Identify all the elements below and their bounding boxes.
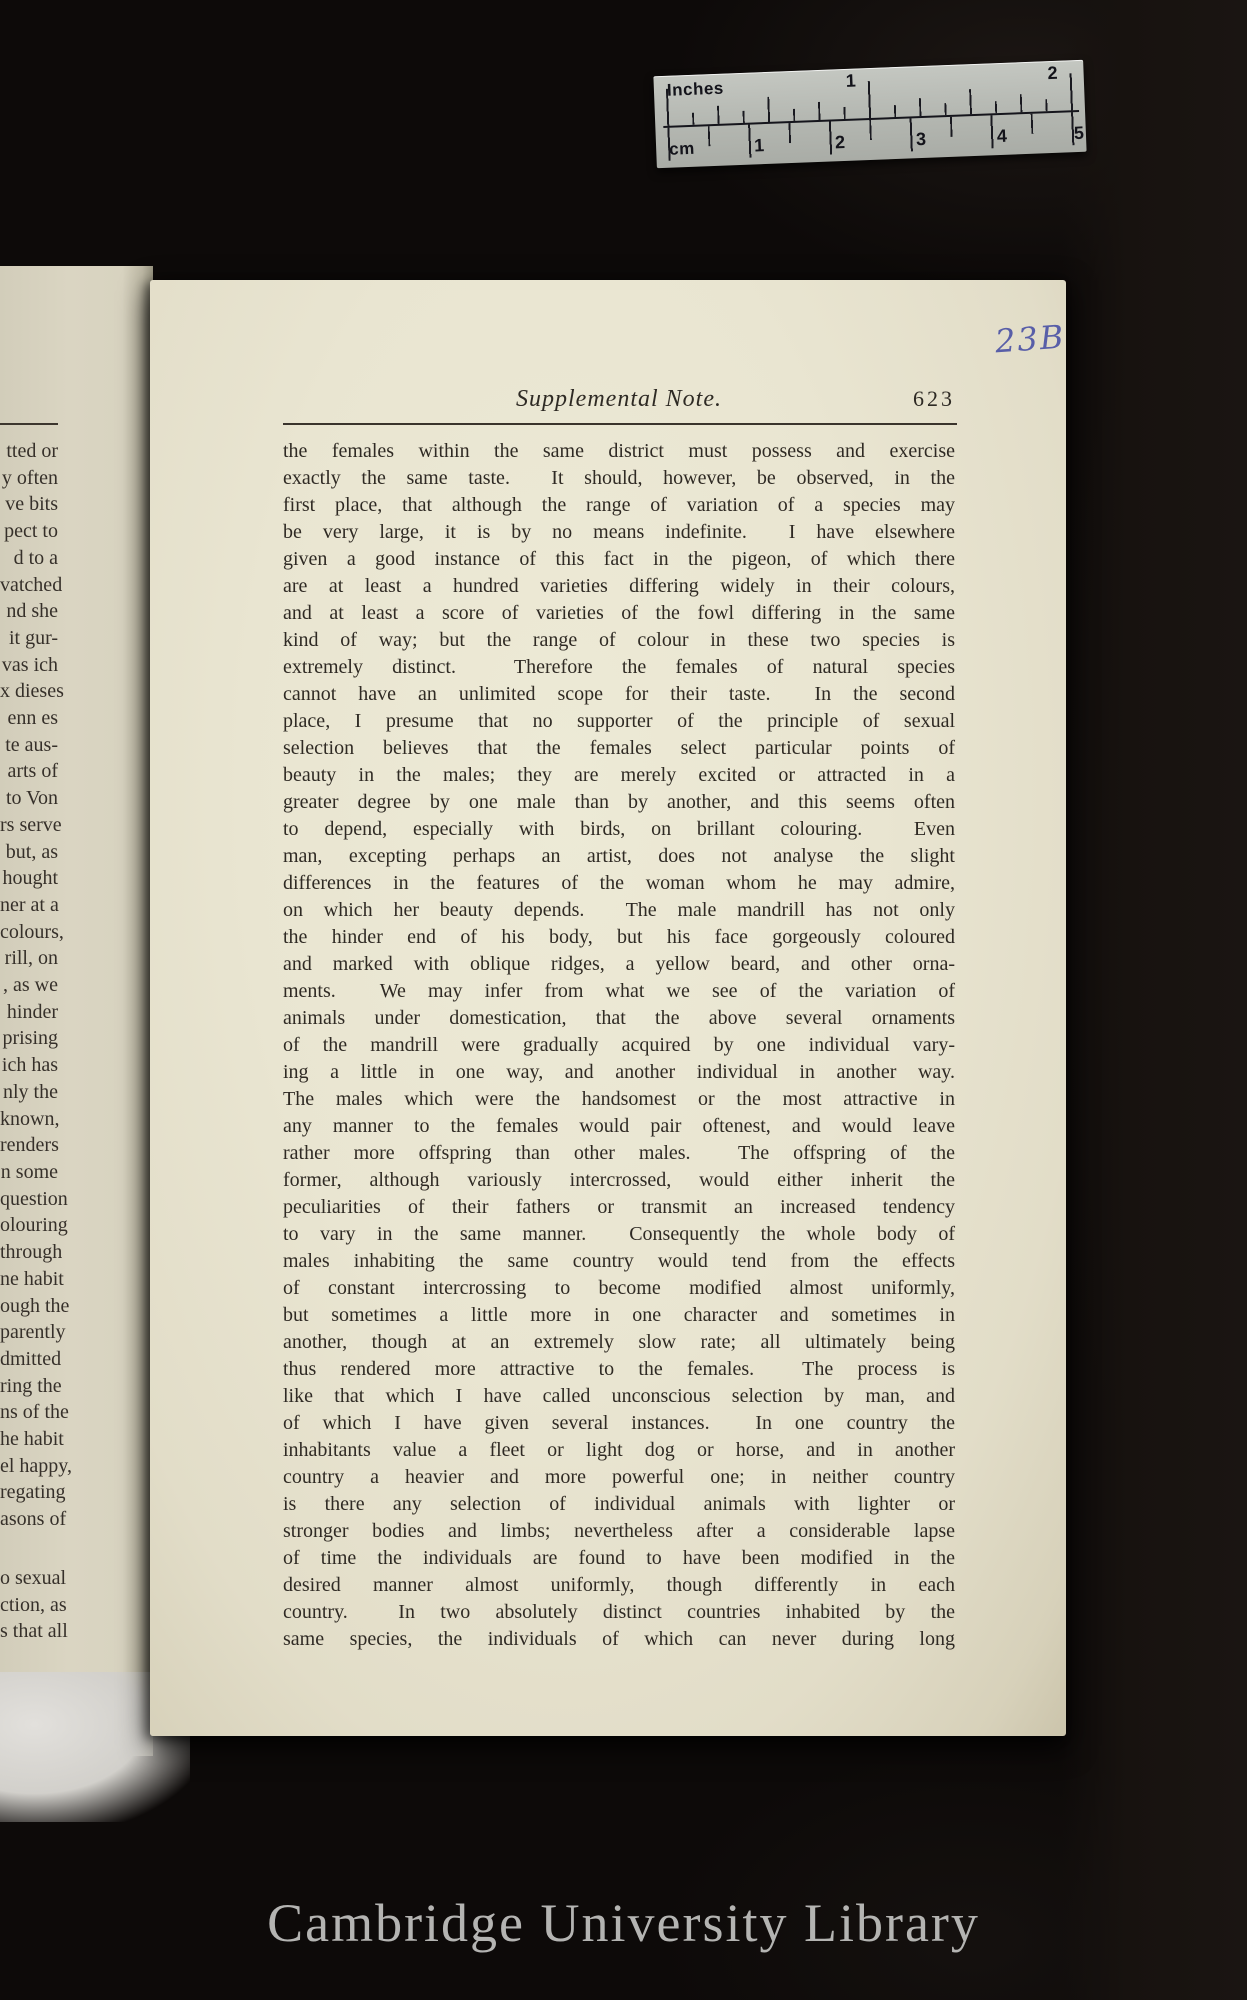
text-line: males inhabiting the same country would … <box>283 1248 955 1275</box>
text-line: are at least a hundred varieties differi… <box>283 573 955 600</box>
text-fragment: d to a <box>0 545 58 572</box>
text-line: desired manner almost uniformly, though … <box>283 1572 955 1599</box>
text-line: same species, the individuals of which c… <box>283 1626 955 1653</box>
text-line: beauty in the males; they are merely exc… <box>283 762 955 789</box>
text-fragment: tted or <box>0 438 58 465</box>
text-line: ments. We may infer from what we see of … <box>283 978 955 1005</box>
text-line: thus rendered more attractive to the fem… <box>283 1356 955 1383</box>
text-fragment: known, <box>0 1106 58 1133</box>
page-number: 623 <box>913 386 955 412</box>
text-fragment: question <box>0 1186 58 1213</box>
text-line: inhabitants value a fleet or light dog o… <box>283 1437 955 1464</box>
text-line: of the mandrill were gradually acquired … <box>283 1032 955 1059</box>
text-fragment: but, as <box>0 839 58 866</box>
text-line: The males which were the handsomest or t… <box>283 1086 955 1113</box>
text-line: rather more offspring than other males. … <box>283 1140 955 1167</box>
background-right-light <box>1062 0 1247 2000</box>
text-line: of time the individuals are found to hav… <box>283 1545 955 1572</box>
text-line: the hinder end of his body, but his face… <box>283 924 955 951</box>
text-line: greater degree by one male than by anoth… <box>283 789 955 816</box>
text-line: of which I have given several instances.… <box>283 1410 955 1437</box>
text-fragment: vatched <box>0 572 58 599</box>
text-line: on which her beauty depends. The male ma… <box>283 897 955 924</box>
text-fragment: it gur- <box>0 625 58 652</box>
text-line: stronger bodies and limbs; nevertheless … <box>283 1518 955 1545</box>
text-fragment: nd she <box>0 598 58 625</box>
text-line: and marked with oblique ridges, a yellow… <box>283 951 955 978</box>
page-header: Supplemental Note. 623 <box>283 386 955 416</box>
text-fragment: regating <box>0 1479 58 1506</box>
text-line: and at least a score of varieties of the… <box>283 600 955 627</box>
text-line: former, although variously intercrossed,… <box>283 1167 955 1194</box>
cm-number: 4 <box>997 126 1008 147</box>
text-fragment: he habit <box>0 1426 58 1453</box>
text-line: extremely distinct. Therefore the female… <box>283 654 955 681</box>
text-fragment: to Von <box>0 785 58 812</box>
text-fragment: ction, as <box>0 1592 58 1619</box>
text-line: but sometimes a little more in one chara… <box>283 1302 955 1329</box>
facing-page-text-fragments: tted ory oftenve bitspect tod to avatche… <box>0 438 58 1533</box>
text-fragment: ner at a <box>0 892 58 919</box>
text-fragment: ich has <box>0 1052 58 1079</box>
text-fragment: ne habit <box>0 1266 58 1293</box>
text-fragment: el happy, <box>0 1453 58 1480</box>
text-line: of constant intercrossing to become modi… <box>283 1275 955 1302</box>
body-text: the females within the same district mus… <box>283 438 955 1653</box>
text-fragment: hinder <box>0 999 58 1026</box>
cm-number: 2 <box>835 132 846 153</box>
text-fragment: x dieses <box>0 678 58 705</box>
text-fragment: asons of <box>0 1506 58 1533</box>
book-page: 23B Supplemental Note. 623 the females w… <box>150 280 1066 1736</box>
cm-number: 3 <box>916 129 927 150</box>
facing-page-text-fragments-lower: o sexualction, ass that all <box>0 1565 58 1645</box>
text-line: another, though at an extremely slow rat… <box>283 1329 955 1356</box>
text-line: ing a little in one way, and another ind… <box>283 1059 955 1086</box>
text-line: country. In two absolutely distinct coun… <box>283 1599 955 1626</box>
text-fragment: ns of the <box>0 1399 58 1426</box>
text-line: place, I presume that no supporter of th… <box>283 708 955 735</box>
text-fragment: te aus- <box>0 732 58 759</box>
text-line: given a good instance of this fact in th… <box>283 546 955 573</box>
text-fragment: prising <box>0 1025 58 1052</box>
cm-number: 5 <box>1074 123 1085 144</box>
text-fragment: parently <box>0 1319 58 1346</box>
text-fragment: ve bits <box>0 491 58 518</box>
text-fragment: arts of <box>0 758 58 785</box>
text-fragment: pect to <box>0 518 58 545</box>
text-line: exactly the same taste. It should, howev… <box>283 465 955 492</box>
text-fragment: nly the <box>0 1079 58 1106</box>
text-line: be very large, it is by no means indefin… <box>283 519 955 546</box>
header-rule <box>283 423 957 425</box>
facing-page-header-rule <box>0 423 58 425</box>
text-fragment: olouring <box>0 1212 58 1239</box>
library-watermark: Cambridge University Library <box>0 1893 1247 1953</box>
text-line: kind of way; but the range of colour in … <box>283 627 955 654</box>
text-fragment: enn es <box>0 705 58 732</box>
text-line: animals under domestication, that the ab… <box>283 1005 955 1032</box>
text-fragment: ring the <box>0 1373 58 1400</box>
text-fragment: , as we <box>0 972 58 999</box>
text-fragment: vas ich <box>0 652 58 679</box>
text-line: man, excepting perhaps an artist, does n… <box>283 843 955 870</box>
text-fragment: dmitted <box>0 1346 58 1373</box>
text-line: to depend, especially with birds, on bri… <box>283 816 955 843</box>
text-fragment: y often <box>0 465 58 492</box>
text-line: selection believes that the females sele… <box>283 735 955 762</box>
text-fragment: rs serve <box>0 812 58 839</box>
text-line: differences in the features of the woman… <box>283 870 955 897</box>
text-line: like that which I have called unconsciou… <box>283 1383 955 1410</box>
text-fragment: ough the <box>0 1293 58 1320</box>
text-line: any manner to the females would pair oft… <box>283 1113 955 1140</box>
handwritten-folio-number: 23B <box>994 318 1067 361</box>
measurement-ruler: Inches cm 12 12345 <box>653 60 1086 168</box>
text-line: the females within the same district mus… <box>283 438 955 465</box>
text-line: country a heavier and more powerful one;… <box>283 1464 955 1491</box>
running-title: Supplemental Note. <box>283 386 955 413</box>
text-line: cannot have an unlimited scope for their… <box>283 681 955 708</box>
text-fragment: through <box>0 1239 58 1266</box>
text-line: first place, that although the range of … <box>283 492 955 519</box>
text-fragment: renders <box>0 1132 58 1159</box>
text-fragment: rill, on <box>0 945 58 972</box>
cm-number: 1 <box>754 135 765 156</box>
text-fragment: colours, <box>0 919 58 946</box>
text-fragment: o sexual <box>0 1565 58 1592</box>
cm-numbers: 12345 <box>653 60 1086 168</box>
text-fragment: n some <box>0 1159 58 1186</box>
text-line: to vary in the same manner. Consequently… <box>283 1221 955 1248</box>
library-photograph: tted ory oftenve bitspect tod to avatche… <box>0 0 1247 2000</box>
text-fragment: s that all <box>0 1618 58 1645</box>
facing-page-edge: tted ory oftenve bitspect tod to avatche… <box>0 266 153 1756</box>
text-line: peculiarities of their fathers or transm… <box>283 1194 955 1221</box>
text-line: is there any selection of individual ani… <box>283 1491 955 1518</box>
text-fragment: hought <box>0 865 58 892</box>
